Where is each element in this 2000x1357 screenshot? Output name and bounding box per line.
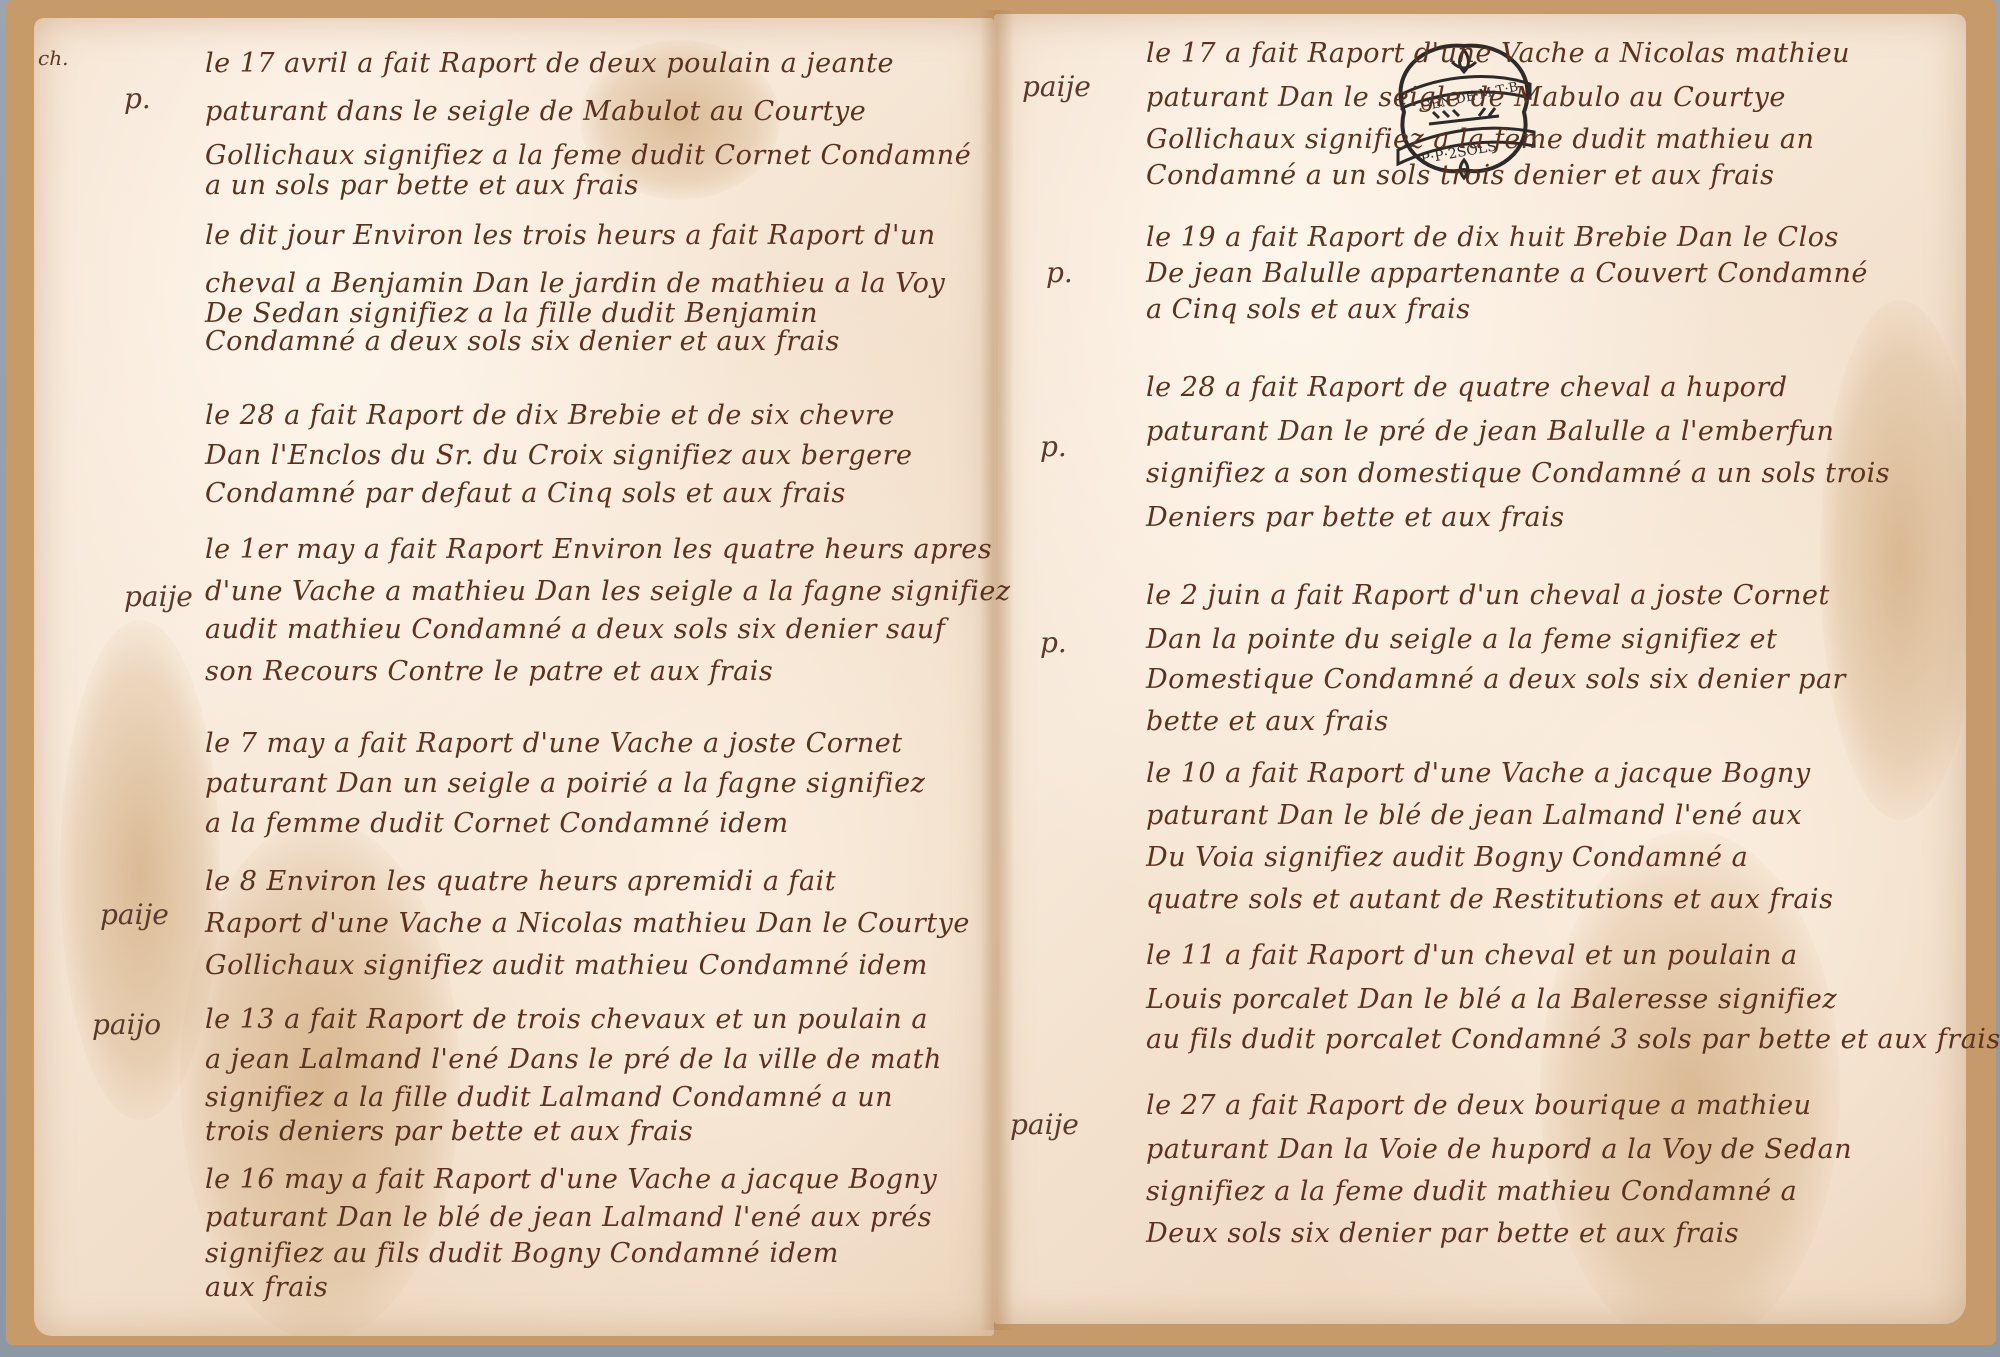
margin-note: p. <box>1046 256 1073 289</box>
water-stain <box>1820 300 1980 820</box>
text-line: Deux sols six denier par bette et aux fr… <box>1146 1218 1739 1249</box>
text-line: De Sedan signifiez a la fille dudit Benj… <box>205 298 818 329</box>
text-line: le 28 a fait Raport de quatre cheval a h… <box>1146 372 1788 403</box>
text-line: le 13 a fait Raport de trois chevaux et … <box>205 1004 928 1035</box>
text-line: audit mathieu Condamné a deux sols six d… <box>205 614 945 645</box>
text-line: le 17 a fait Raport d'une Vache a Nicola… <box>1146 38 1850 69</box>
text-line: le 1er may a fait Raport Environ les qua… <box>205 534 992 565</box>
text-line: aux frais <box>205 1272 328 1303</box>
text-line: paturant dans le seigle de Mabulot au Co… <box>205 96 866 127</box>
text-line: paturant Dan le blé de jean Lalmand l'en… <box>205 1202 932 1233</box>
text-line: le 2 juin a fait Raport d'un cheval a jo… <box>1146 580 1830 611</box>
margin-note: paije <box>124 580 193 613</box>
text-line: le 28 a fait Raport de dix Brebie et de … <box>205 400 895 431</box>
text-line: le 11 a fait Raport d'un cheval et un po… <box>1146 940 1798 971</box>
margin-note: paijo <box>92 1008 161 1041</box>
text-line: le dit jour Environ les trois heurs a fa… <box>205 220 936 251</box>
text-line: au fils dudit porcalet Condamné 3 sols p… <box>1146 1024 2000 1055</box>
text-line: a un sols par bette et aux frais <box>205 170 639 201</box>
margin-note: paije <box>1022 70 1091 103</box>
text-line: Deniers par bette et aux frais <box>1146 502 1565 533</box>
text-line: paturant Dan un seigle a poirié a la fag… <box>205 768 925 799</box>
text-line: paturant Dan le pré de jean Balulle a l'… <box>1146 416 1834 447</box>
text-line: De jean Balulle appartenante a Couvert C… <box>1146 258 1868 289</box>
text-line: Dan l'Enclos du Sr. du Croix signifiez a… <box>205 440 913 471</box>
text-line: a jean Lalmand l'ené Dans le pré de la v… <box>205 1044 942 1075</box>
text-line: Louis porcalet Dan le blé a la Baleresse… <box>1146 984 1837 1015</box>
text-line: Dan la pointe du seigle a la feme signif… <box>1146 624 1777 655</box>
text-line: signifiez a la fille dudit Lalmand Conda… <box>205 1082 893 1113</box>
text-line: le 17 avril a fait Raport de deux poulai… <box>205 48 894 79</box>
text-line: signifiez a son domestique Condamné a un… <box>1146 458 1890 489</box>
margin-note: p. <box>1040 430 1067 463</box>
text-line: paturant Dan le seigle de Mabulo au Cour… <box>1146 82 1786 113</box>
text-line: paturant Dan la Voie de hupord a la Voy … <box>1146 1134 1852 1165</box>
text-line: Condamné a un sols trois denier et aux f… <box>1146 160 1775 191</box>
text-line: Domestique Condamné a deux sols six deni… <box>1146 664 1846 695</box>
text-line: trois deniers par bette et aux frais <box>205 1116 693 1147</box>
text-line: Gollichaux signifiez a la feme dudit Cor… <box>205 140 971 171</box>
text-line: a Cinq sols et aux frais <box>1146 294 1471 325</box>
text-line: paturant Dan le blé de jean Lalmand l'en… <box>1146 800 1802 831</box>
text-line: le 16 may a fait Raport d'une Vache a ja… <box>205 1164 937 1195</box>
text-line: le 10 a fait Raport d'une Vache a jacque… <box>1146 758 1811 789</box>
text-line: a la femme dudit Cornet Condamné idem <box>205 808 789 839</box>
text-line: le 8 Environ les quatre heurs apremidi a… <box>205 866 836 897</box>
text-line: Gollichaux signifiez a la feme dudit mat… <box>1146 124 1814 155</box>
corner-note: ch. <box>38 46 68 70</box>
text-line: signifiez a la feme dudit mathieu Condam… <box>1146 1176 1797 1207</box>
text-line: le 7 may a fait Raport d'une Vache a jos… <box>205 728 903 759</box>
book-gutter <box>980 10 1014 1330</box>
text-line: bette et aux frais <box>1146 706 1389 737</box>
margin-note: p. <box>1040 626 1067 659</box>
text-line: Condamné a deux sols six denier et aux f… <box>205 326 840 357</box>
text-line: le 19 a fait Raport de dix huit Brebie D… <box>1146 222 1839 253</box>
text-line: d'une Vache a mathieu Dan les seigle a l… <box>205 576 1011 607</box>
text-line: signifiez au fils dudit Bogny Condamné i… <box>205 1238 839 1269</box>
text-line: cheval a Benjamin Dan le jardin de mathi… <box>205 268 945 299</box>
text-line: quatre sols et autant de Restitutions et… <box>1146 884 1833 915</box>
margin-note: paije <box>1010 1108 1079 1141</box>
text-line: Gollichaux signifiez audit mathieu Conda… <box>205 950 928 981</box>
margin-note: p. <box>124 82 151 115</box>
text-line: le 27 a fait Raport de deux bourique a m… <box>1146 1090 1812 1121</box>
text-line: Raport d'une Vache a Nicolas mathieu Dan… <box>205 908 970 939</box>
text-line: Condamné par defaut a Cinq sols et aux f… <box>205 478 846 509</box>
margin-note: paije <box>100 898 169 931</box>
text-line: son Recours Contre le patre et aux frais <box>205 656 773 687</box>
text-line: Du Voia signifiez audit Bogny Condamné a <box>1146 842 1748 873</box>
